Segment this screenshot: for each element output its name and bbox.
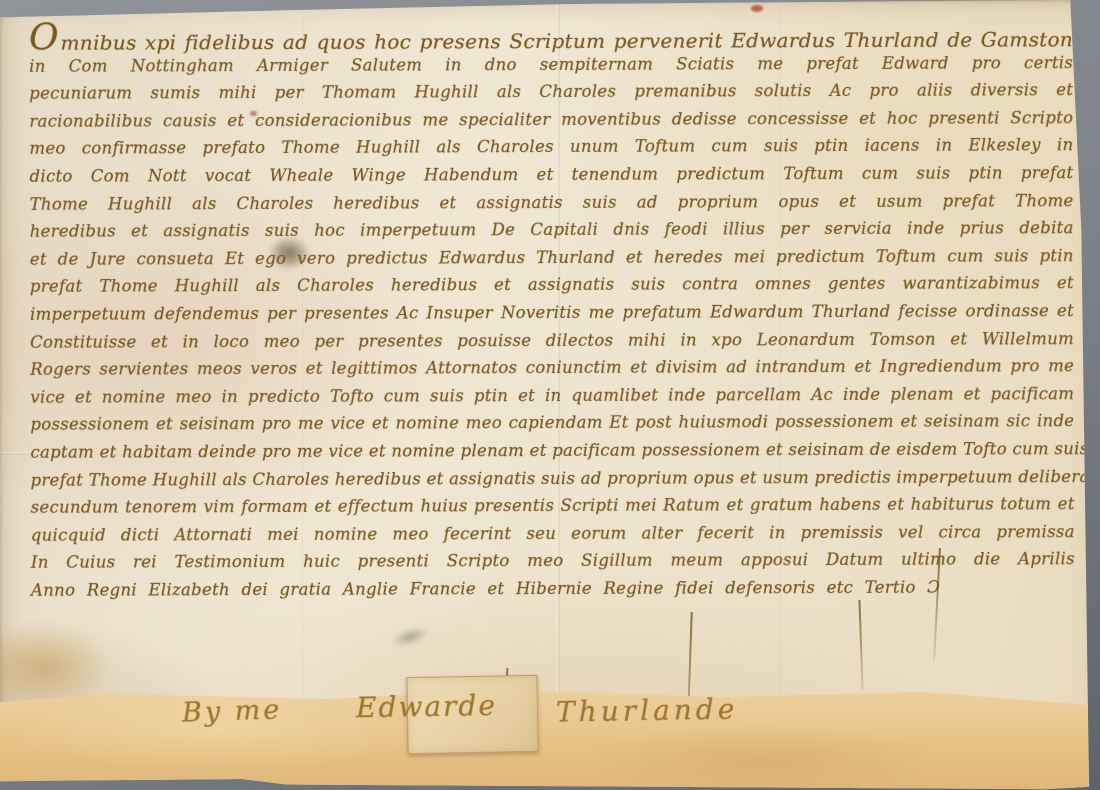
manuscript-line: Thome Hughill als Charoles heredibus et … bbox=[30, 187, 1074, 218]
manuscript-line: imperpetuum defendemus per presentes Ac … bbox=[30, 297, 1074, 328]
gray-smudge-stain bbox=[382, 619, 438, 656]
signature-by-me: By me bbox=[181, 694, 282, 728]
manuscript-text-block: Omnibus xpi fidelibus ad quos hoc presen… bbox=[29, 21, 1075, 604]
manuscript-line: Anno Regni Elizabeth dei gratia Anglie F… bbox=[31, 573, 1075, 604]
manuscript-line: captam et habitam deinde pro me vice et … bbox=[30, 435, 1074, 466]
manuscript-line: dicto Com Nott vocat Wheale Winge Habend… bbox=[29, 159, 1073, 190]
manuscript-line: vice et nomine meo in predicto Tofto cum… bbox=[30, 380, 1074, 411]
signature-surname: Thurlande bbox=[556, 692, 739, 728]
manuscript-line: prefat Thome Hughill als Charoles heredi… bbox=[31, 463, 1075, 494]
pen-flourish bbox=[858, 600, 863, 690]
manuscript-line: in Com Nottingham Armiger Salutem in dno… bbox=[29, 49, 1073, 80]
parchment: Omnibus xpi fidelibus ad quos hoc presen… bbox=[0, 0, 1100, 790]
manuscript-line: Rogers servientes meos veros et legittim… bbox=[30, 352, 1074, 383]
manuscript-line: Constituisse et in loco meo per presente… bbox=[30, 325, 1074, 356]
red-speck-stain bbox=[751, 5, 763, 12]
scanner-bed: Omnibus xpi fidelibus ad quos hoc presen… bbox=[0, 0, 1100, 790]
manuscript-line: Omnibus xpi fidelibus ad quos hoc presen… bbox=[29, 21, 1073, 52]
manuscript-line: In Cuius rei Testimonium huic presenti S… bbox=[31, 545, 1075, 576]
manuscript-line: heredibus et assignatis suis hoc imperpe… bbox=[30, 214, 1074, 245]
manuscript-line: pecuniarum sumis mihi per Thomam Hughill… bbox=[29, 76, 1073, 107]
manuscript-line: secundum tenorem vim formam et effectum … bbox=[31, 490, 1075, 521]
manuscript-line: possessionem et seisinam pro me vice et … bbox=[30, 407, 1074, 438]
manuscript-line: quicquid dicti Attornati mei nomine meo … bbox=[31, 518, 1075, 549]
manuscript-line: prefat Thome Hughill als Charoles heredi… bbox=[30, 270, 1074, 301]
manuscript-line: et de Jure consueta Et ego vero predictu… bbox=[30, 242, 1074, 273]
parchment-fold bbox=[0, 688, 1088, 790]
signature-first-name: Edwarde bbox=[356, 689, 497, 724]
manuscript-line: meo confirmasse prefato Thome Hughill al… bbox=[29, 132, 1073, 163]
manuscript-line: racionabilibus causis et consideracionib… bbox=[29, 104, 1073, 135]
